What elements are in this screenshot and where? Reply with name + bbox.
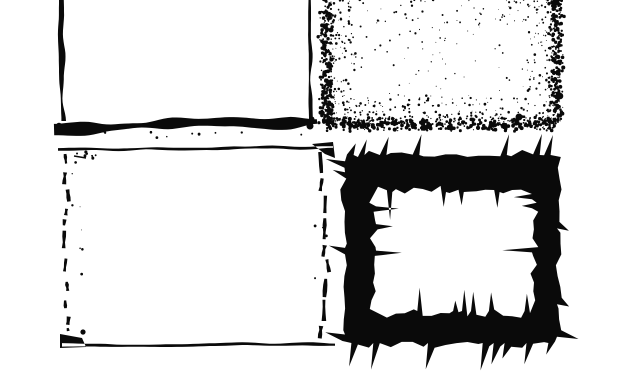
grunge-frames-canvas [0,0,640,380]
ink-path [58,142,335,348]
spray-frame [316,0,565,133]
ink-path [54,0,317,139]
grunge-art [0,0,640,380]
ink-path [325,134,578,371]
ink-path [316,0,565,133]
sketch-frame [58,142,335,348]
torn-frame [325,134,578,371]
brush-frame [54,0,317,139]
